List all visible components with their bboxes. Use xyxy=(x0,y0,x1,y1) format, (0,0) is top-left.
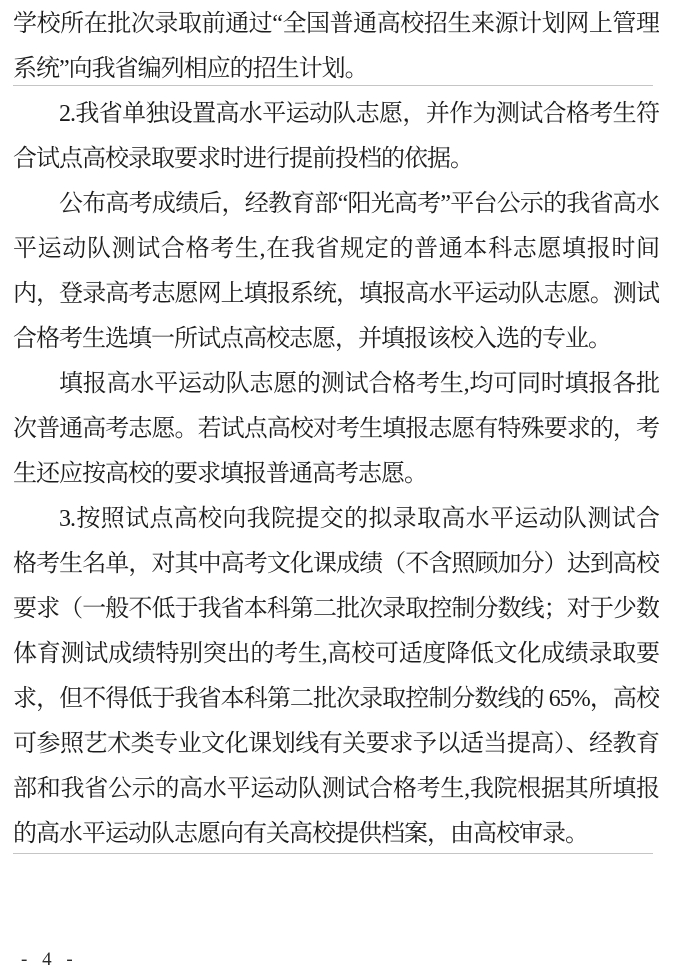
text-line: 要求（一般不低于我省本科第二批次录取控制分数线；对于少数 xyxy=(13,587,659,632)
page-number: - 4 - xyxy=(21,949,78,970)
page-footer: - 4 - xyxy=(21,945,78,975)
text-line: 合格考生选填一所试点高校志愿，并填报该校入选的专业。 xyxy=(13,317,659,362)
text-line: 公布高考成绩后，经教育部“阳光高考”平台公示的我省高水 xyxy=(13,182,659,227)
text-line: 2.我省单独设置高水平运动队志愿，并作为测试合格考生符 xyxy=(13,92,659,137)
document-content: 学校所在批次录取前通过“全国普通高校招生来源计划网上管理系统”向我省编列相应的招… xyxy=(13,2,659,854)
text-line: 生还应按高校的要求填报普通高考志愿。 xyxy=(13,452,659,497)
document-page: 学校所在批次录取前通过“全国普通高校招生来源计划网上管理系统”向我省编列相应的招… xyxy=(0,0,680,980)
text-line: 内，登录高考志愿网上填报系统，填报高水平运动队志愿。测试 xyxy=(13,272,659,317)
text-line: 合试点高校录取要求时进行提前投档的依据。 xyxy=(13,137,659,182)
text-line: 学校所在批次录取前通过“全国普通高校招生来源计划网上管理 xyxy=(13,2,659,47)
text-line: 平运动队测试合格考生,在我省规定的普通本科志愿填报时间 xyxy=(13,227,659,272)
text-line: 格考生名单，对其中高考文化课成绩（不含照顾加分）达到高校 xyxy=(13,542,659,587)
text-line: 求，但不得低于我省本科第二批次录取控制分数线的 65%，高校 xyxy=(13,677,659,722)
text-line: 可参照艺术类专业文化课划线有关要求予以适当提高）、经教育 xyxy=(13,722,659,767)
text-line: 体育测试成绩特别突出的考生,高校可适度降低文化成绩录取要 xyxy=(13,632,659,677)
text-line: 的高水平运动队志愿向有关高校提供档案，由高校审录。 xyxy=(13,812,659,857)
text-line: 次普通高考志愿。若试点高校对考生填报志愿有特殊要求的，考 xyxy=(13,407,659,452)
text-line: 部和我省公示的高水平运动队测试合格考生,我院根据其所填报 xyxy=(13,767,659,812)
text-line: 3.按照试点高校向我院提交的拟录取高水平运动队测试合 xyxy=(13,497,659,542)
text-line: 填报高水平运动队志愿的测试合格考生,均可同时填报各批 xyxy=(13,362,659,407)
